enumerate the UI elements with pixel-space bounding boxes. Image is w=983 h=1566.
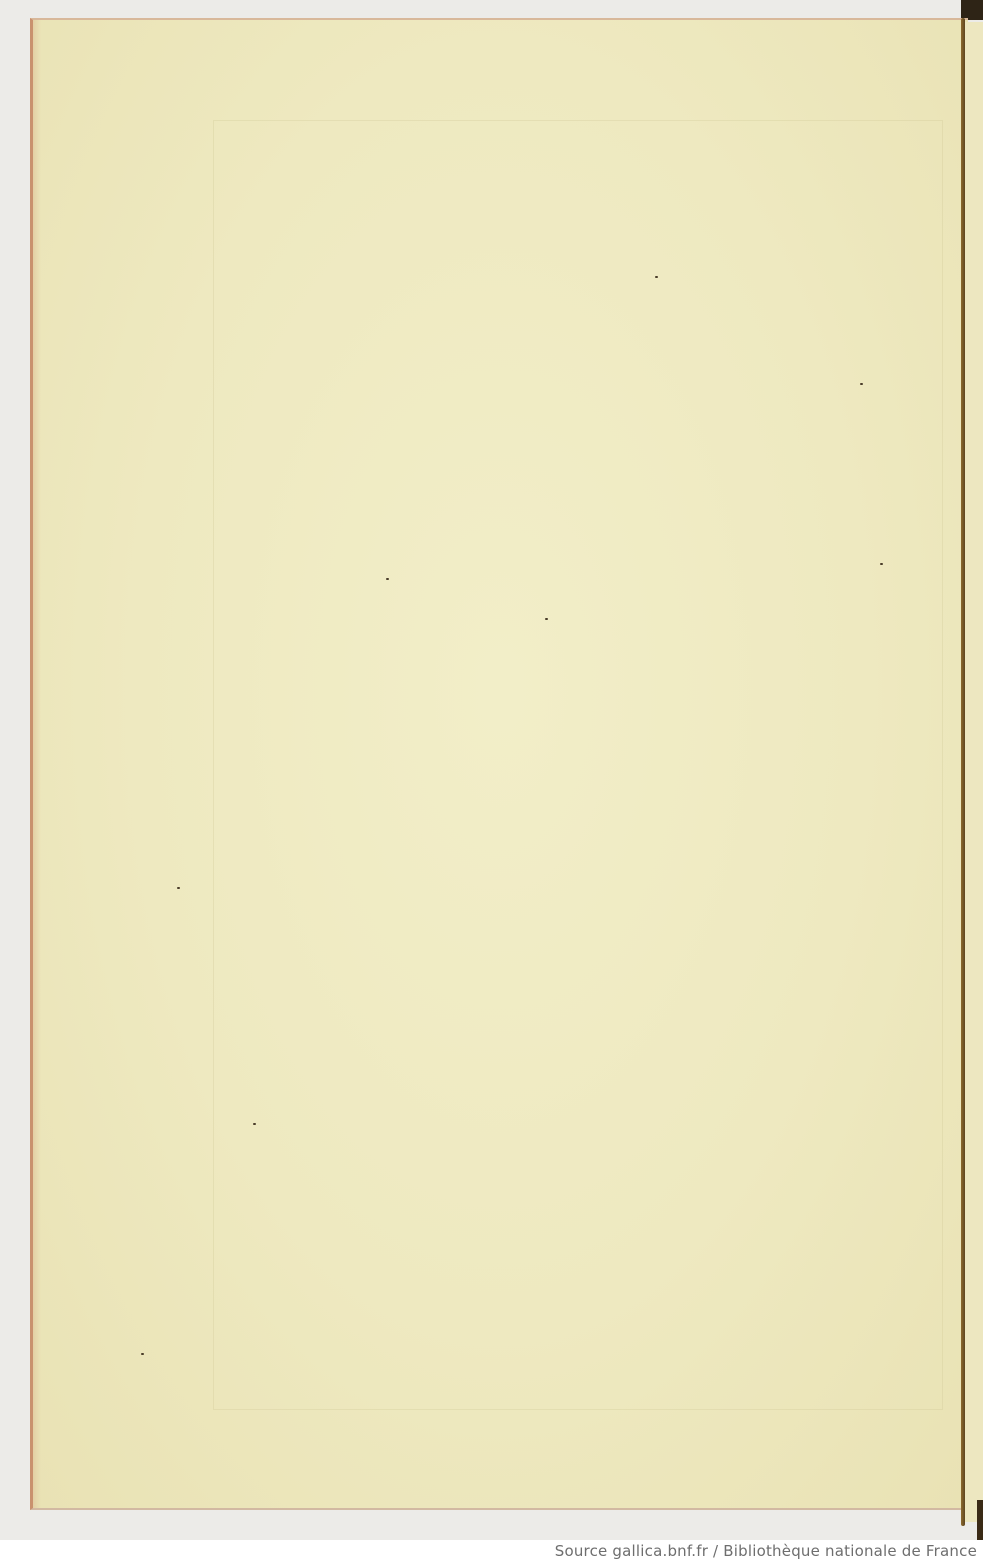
paper-speck bbox=[880, 563, 883, 565]
paper-speck bbox=[141, 1353, 144, 1355]
paper-speck bbox=[386, 578, 389, 580]
text-block-show-through bbox=[213, 120, 943, 1410]
source-credit: Source gallica.bnf.fr / Bibliothèque nat… bbox=[555, 1542, 977, 1560]
paper-speck bbox=[545, 618, 548, 620]
paper-speck bbox=[860, 383, 863, 385]
facing-page-strip bbox=[965, 22, 983, 1522]
binding-shadow-bottom bbox=[977, 1500, 983, 1540]
paper-speck bbox=[253, 1123, 256, 1125]
paper-speck bbox=[655, 276, 658, 278]
page-left-edge bbox=[33, 20, 41, 1508]
binding-shadow-top bbox=[961, 0, 983, 20]
paper-speck bbox=[177, 887, 180, 889]
blank-book-page bbox=[30, 18, 968, 1510]
